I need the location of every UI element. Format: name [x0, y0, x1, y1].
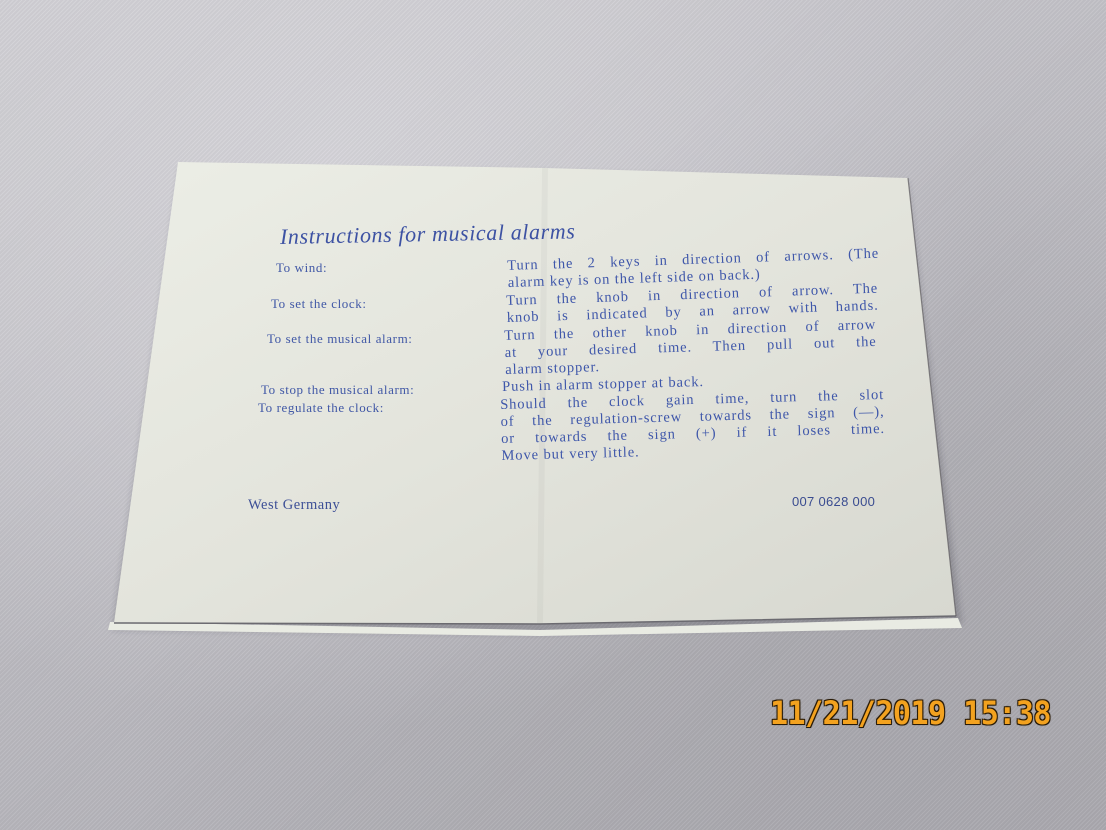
- instruction-label-stop-alarm: To stop the musical alarm:: [261, 382, 414, 398]
- instruction-text-regulate: Should the clock gain time, turn the slo…: [500, 387, 886, 465]
- part-number: 007 0628 000: [792, 494, 875, 509]
- instruction-label-wind: To wind:: [276, 260, 327, 276]
- country-of-origin: West Germany: [248, 497, 340, 514]
- instruction-label-set-clock: To set the clock:: [271, 296, 367, 312]
- instruction-label-regulate: To regulate the clock:: [258, 400, 384, 416]
- instruction-text-set-alarm: Turn the other knob in direction of arro…: [504, 317, 877, 379]
- camera-timestamp: 11/21/2019 15:38: [770, 695, 1051, 733]
- leaflet-title: Instructions for musical alarms: [280, 218, 576, 250]
- instruction-label-set-alarm: To set the musical alarm:: [267, 331, 413, 347]
